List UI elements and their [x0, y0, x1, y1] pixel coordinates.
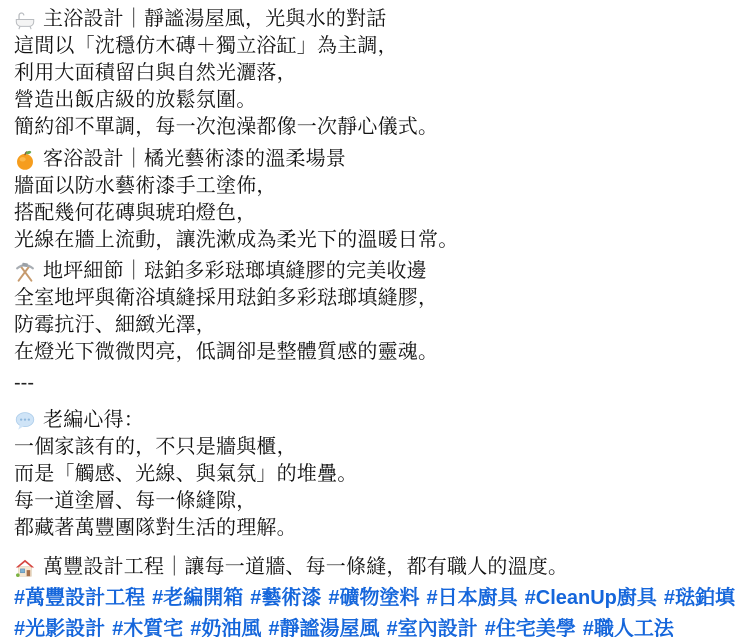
hashtag-line-2: #光影設計#木質宅#奶油風#靜謐湯屋風#室內設計#住宅美學#職人工法 [14, 615, 735, 637]
body-line: 搭配幾何花磚與琥珀燈色， [14, 200, 735, 227]
section-title-line: 老編心得： [14, 407, 735, 434]
hashtag[interactable]: #室內設計 [387, 618, 478, 637]
section-title: 老編心得： [43, 407, 144, 434]
house-icon [14, 557, 36, 579]
body-line: 這間以「沈穩仿木磚＋獨立浴缸」為主調， [14, 33, 735, 60]
body-line: 利用大面積留白與自然光灑落， [14, 60, 735, 87]
body-line: 而是「觸感、光線、與氣氛」的堆疊。 [14, 461, 735, 488]
tangerine-icon [14, 149, 36, 171]
body-line: 都藏著萬豐團隊對生活的理解。 [14, 515, 735, 542]
hashtag[interactable]: #琺鉑填縫膠 [664, 587, 735, 609]
footer-block: 萬豐設計工程｜讓每一道牆、每一條縫，都有職人的溫度。 #萬豐設計工程#老編開箱#… [14, 554, 735, 637]
hashtag[interactable]: #木質宅 [112, 618, 183, 637]
post-body: 主浴設計｜靜謐湯屋風，光與水的對話 這間以「沈穩仿木磚＋獨立浴缸」為主調， 利用… [14, 6, 735, 637]
section-title-line: 主浴設計｜靜謐湯屋風，光與水的對話 [14, 6, 735, 33]
section-floor-detail: 地坪細節｜琺鉑多彩琺瑯填縫膠的完美收邊 全室地坪與衛浴填縫採用琺鉑多彩琺瑯填縫膠… [14, 258, 735, 366]
section-title-line: 客浴設計｜橘光藝術漆的溫柔場景 [14, 146, 735, 173]
brand-tagline-line: 萬豐設計工程｜讓每一道牆、每一條縫，都有職人的溫度。 [14, 554, 735, 581]
section-editor-note: 老編心得： 一個家該有的，不只是牆與櫃， 而是「觸感、光線、與氣氛」的堆疊。 每… [14, 407, 735, 542]
section-title: 客浴設計｜橘光藝術漆的溫柔場景 [43, 146, 346, 173]
speech-balloon-icon [14, 410, 36, 432]
body-line: 牆面以防水藝術漆手工塗佈， [14, 173, 735, 200]
section-title: 地坪細節｜琺鉑多彩琺瑯填縫膠的完美收邊 [43, 258, 427, 285]
body-line: 簡約卻不單調，每一次泡澡都像一次靜心儀式。 [14, 114, 735, 141]
body-line: 一個家該有的，不只是牆與櫃， [14, 434, 735, 461]
bathtub-icon [14, 9, 36, 31]
hashtag-line-1: #萬豐設計工程#老編開箱#藝術漆#礦物塗料#日本廚具#CleanUp廚具#琺鉑填… [14, 584, 735, 612]
divider-text: --- [14, 370, 735, 397]
body-line: 營造出飯店級的放鬆氛圍。 [14, 87, 735, 114]
section-main-bath: 主浴設計｜靜謐湯屋風，光與水的對話 這間以「沈穩仿木磚＋獨立浴缸」為主調， 利用… [14, 6, 735, 141]
hashtag[interactable]: #日本廚具 [427, 587, 518, 609]
hashtag[interactable]: #CleanUp廚具 [525, 587, 657, 609]
hashtag[interactable]: #萬豐設計工程 [14, 587, 145, 609]
body-line: 在燈光下微微閃亮，低調卻是整體質感的靈魂。 [14, 339, 735, 366]
hashtag[interactable]: #職人工法 [583, 618, 674, 637]
brand-tagline: 萬豐設計工程｜讓每一道牆、每一條縫，都有職人的溫度。 [43, 554, 568, 581]
hashtag[interactable]: #礦物塗料 [328, 587, 419, 609]
body-line: 每一道塗層、每一條縫隙， [14, 488, 735, 515]
hashtag[interactable]: #光影設計 [14, 618, 105, 637]
hashtag[interactable]: #奶油風 [190, 618, 261, 637]
section-title: 主浴設計｜靜謐湯屋風，光與水的對話 [43, 6, 386, 33]
body-line: 防霉抗汙、細緻光澤， [14, 312, 735, 339]
body-line: 光線在牆上流動，讓洗漱成為柔光下的溫暖日常。 [14, 227, 735, 254]
hashtag[interactable]: #老編開箱 [152, 587, 243, 609]
body-line: 全室地坪與衛浴填縫採用琺鉑多彩琺瑯填縫膠， [14, 285, 735, 312]
hashtag[interactable]: #住宅美學 [485, 618, 576, 637]
hammer-and-pick-icon [14, 261, 36, 283]
section-title-line: 地坪細節｜琺鉑多彩琺瑯填縫膠的完美收邊 [14, 258, 735, 285]
section-guest-bath: 客浴設計｜橘光藝術漆的溫柔場景 牆面以防水藝術漆手工塗佈， 搭配幾何花磚與琥珀燈… [14, 146, 735, 254]
hashtag[interactable]: #藝術漆 [250, 587, 321, 609]
hashtag[interactable]: #靜謐湯屋風 [268, 618, 379, 637]
